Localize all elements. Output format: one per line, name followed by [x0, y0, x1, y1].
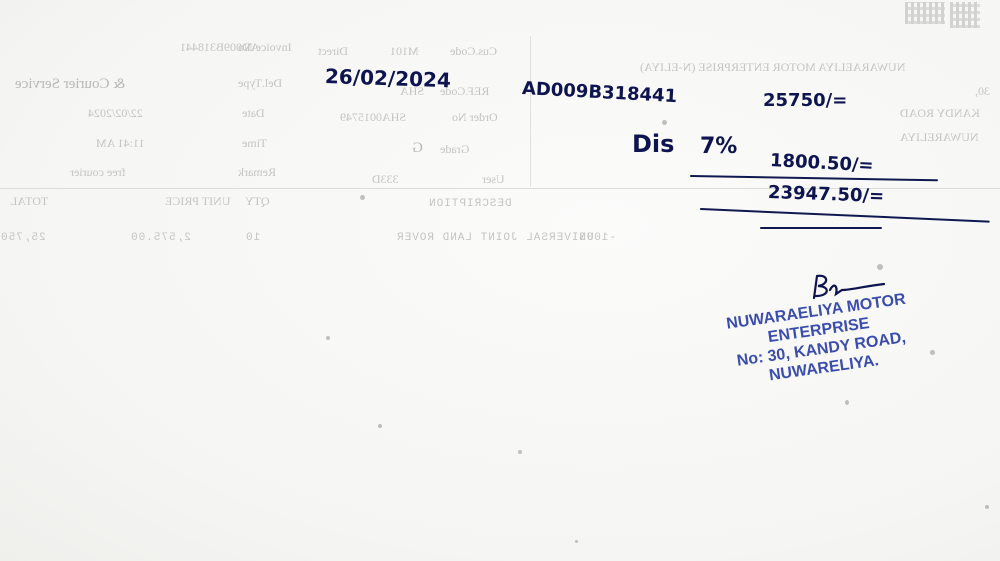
qr-code-bleed: [905, 2, 945, 24]
scan-speck: [326, 336, 330, 340]
bleed-grade-label: Grade: [440, 142, 469, 157]
bleed-col-description: DESCRIPTION: [428, 198, 512, 210]
scan-speck: [930, 350, 935, 355]
bleed-user-label: User: [482, 172, 505, 187]
bleed-time-label: Time: [242, 136, 267, 151]
bleed-delivery-type: & Courier Service: [15, 76, 125, 93]
bleed-item-description: UNIVERSAL JOINT LAND ROVER: [396, 232, 594, 244]
bleed-remark-label: Remark: [238, 165, 276, 180]
bleed-col-total: TOTAL: [10, 194, 48, 209]
bleed-time: 11:41 AM: [96, 136, 145, 151]
bleed-item-total: 25,750: [0, 232, 46, 244]
bleed-cus-code-label: Cus.Code: [450, 44, 497, 59]
bleed-invoice-no-label: Invoice No: [238, 40, 292, 55]
qr-code-bleed: [950, 2, 980, 28]
bleed-order-no: SHA0015749: [340, 110, 406, 125]
bleed-cus-type: Direct: [318, 44, 348, 59]
bleed-date-label: Date: [242, 106, 265, 121]
bleed-customer-addr2: KANDY ROAD: [900, 106, 980, 121]
handwritten-discount-amount: 1800.50/=: [769, 150, 874, 176]
handwritten-net-amount: 23947.50/=: [768, 182, 885, 207]
bleed-grade: G: [412, 140, 423, 157]
bleed-col-qty: QTY: [245, 194, 270, 209]
bleed-cus-code: M101: [390, 44, 419, 59]
bleed-delivery-label: Del.Type: [238, 76, 282, 91]
bleed-item-qty: 10: [245, 232, 260, 244]
bleed-item-unit-price: 2,575.00: [130, 232, 191, 244]
bleed-vline: [530, 36, 531, 186]
bleed-customer-addr3: NUWARELIYA: [900, 130, 979, 145]
bleed-customer-addr1: 30,: [975, 84, 990, 99]
scanned-page: AD009B318441 Invoice No & Courier Servic…: [0, 0, 1000, 561]
total-double-underline: [760, 227, 882, 229]
handwritten-invoice-ref: AD009B318441: [521, 78, 677, 107]
handwritten-discount-label: Dis: [632, 130, 674, 158]
scan-speck: [662, 120, 667, 125]
scan-speck: [985, 505, 989, 509]
subtotal-underline: [690, 175, 938, 181]
bleed-item-no: -1003: [578, 232, 616, 244]
total-underline: [700, 208, 990, 223]
scan-speck: [518, 450, 522, 454]
handwritten-amount: 25750/=: [763, 90, 847, 111]
bleed-order-no-label: Order No: [452, 110, 498, 125]
bleed-remark: free courier: [70, 165, 126, 180]
scan-speck: [877, 264, 883, 270]
scan-speck: [360, 195, 365, 200]
scan-speck: [575, 540, 578, 543]
bleed-date: 22/02/2024: [88, 106, 143, 121]
bleed-col-unit-price: UNIT PRICE: [165, 194, 230, 209]
bleed-user: 333D: [372, 172, 399, 187]
scan-speck: [378, 424, 382, 428]
handwritten-date: 26/02/2024: [325, 64, 452, 92]
bleed-customer-name: NUWARAELIYA MOTOR ENTERPRISE (N-ELIYA): [640, 60, 905, 75]
handwritten-discount-percent: 7%: [700, 134, 737, 159]
scan-speck: [845, 400, 849, 405]
